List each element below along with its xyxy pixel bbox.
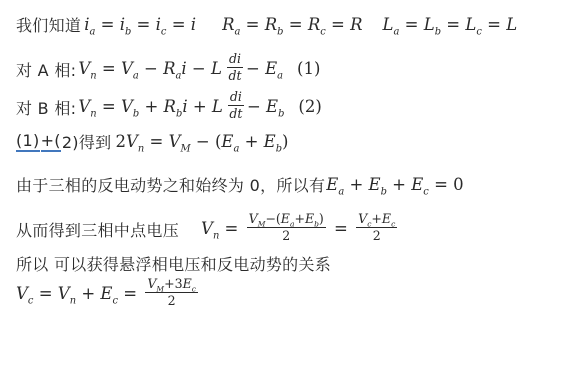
math-variable: t — [237, 106, 242, 121]
fraction-denominator: 2 — [356, 228, 397, 243]
math-variable: L — [465, 15, 476, 34]
math-variable: V — [169, 132, 181, 151]
math-variable: L — [212, 97, 223, 116]
math-operator: − ( — [191, 132, 222, 151]
math-operator: ) — [282, 132, 288, 151]
fraction-denominator: 2 — [247, 228, 326, 243]
math-variable: E — [221, 132, 233, 151]
math-operator: 2 — [115, 132, 126, 151]
math-operator: = — [95, 15, 119, 34]
fraction-denominator: 2 — [145, 293, 198, 308]
math-operator: 2 — [282, 228, 290, 243]
math-variable: V — [121, 97, 133, 116]
math-variable: E — [382, 211, 391, 226]
fraction: VM−(Ea+Eb)2 — [247, 212, 326, 243]
line-neutral-voltage: 从而得到三相中点电压Vn = VM−(Ea+Eb)2 = Vc+Ec2 — [16, 214, 563, 245]
math-operator: − — [247, 97, 266, 116]
math-expression: Vn = Vb + Rbi + Ldidt− Eb(2) — [78, 92, 321, 123]
math-variable: V — [147, 276, 156, 291]
math-operator: + — [139, 97, 163, 116]
math-variable: V — [16, 284, 28, 303]
math-operator: = — [329, 219, 353, 238]
text-run: 由于三相的反电动势之和始终为 0，所以有 — [16, 173, 325, 196]
math-operator: + — [188, 97, 212, 116]
math-subscript: a — [277, 70, 283, 81]
math-subscript: c — [192, 285, 196, 294]
math-subscript: M — [156, 285, 164, 294]
math-operator: ) — [319, 211, 324, 226]
math-expression: ia = ib = ic = i — [84, 15, 196, 34]
line-backemf-sum-zero: 由于三相的反电动势之和始终为 0，所以有Ea + Eb + Ec = 0 — [16, 173, 563, 196]
math-variable: V — [126, 132, 138, 151]
math-variable: L — [211, 59, 222, 78]
fraction-numerator: di — [227, 52, 243, 68]
math-variable: R — [308, 15, 320, 34]
math-variable: V — [121, 59, 133, 78]
math-subscript: M — [258, 220, 266, 229]
text-run: 对 B 相: — [16, 96, 76, 119]
math-expression: Vn = Va − Rai − Ldidt− Ea(1) — [78, 54, 320, 85]
math-variable: i — [191, 15, 196, 34]
math-variable: i — [237, 51, 241, 66]
math-variable: V — [58, 284, 70, 303]
math-variable: L — [383, 15, 394, 34]
text-run: 从而得到三相中点电压 — [16, 218, 179, 241]
math-variable: E — [264, 132, 276, 151]
math-operator: = — [97, 97, 121, 116]
fraction: VM+3Ec2 — [145, 277, 198, 308]
text-run: 我们知道 — [16, 13, 81, 36]
math-operator: (1) — [297, 59, 320, 78]
math-operator: = — [97, 59, 121, 78]
math-variable: L — [424, 15, 435, 34]
math-expression: 2Vn = VM − (Ea + Eb) — [115, 132, 288, 151]
fraction-numerator: VM−(Ea+Eb) — [247, 212, 326, 228]
math-variable: V — [201, 219, 213, 238]
math-operator: 2 — [168, 293, 176, 308]
math-operator: + — [239, 132, 263, 151]
line-floating-phase-equation: Vc = Vn + Ec = VM+3Ec2 — [16, 279, 563, 310]
math-expression: Ea + Eb + Ec = 0 — [326, 175, 463, 194]
math-expression: Vn = VM−(Ea+Eb)2 = Vc+Ec2 — [201, 214, 400, 245]
fraction-numerator: VM+3Ec — [145, 277, 198, 293]
math-variable: d — [228, 68, 236, 83]
fraction: Vc+Ec2 — [356, 212, 397, 243]
math-operator: −( — [265, 211, 280, 226]
math-operator: 2 — [373, 228, 381, 243]
text-run: 2)得到 — [62, 130, 112, 153]
math-operator: = — [326, 15, 350, 34]
math-operator: + — [76, 284, 100, 303]
math-variable: E — [369, 175, 381, 194]
fraction: didt — [227, 52, 243, 83]
math-variable: R — [222, 15, 234, 34]
math-operator: (2) — [298, 97, 321, 116]
text-run: 所以 可以获得悬浮相电压和反电动势的关系 — [16, 252, 331, 275]
math-variable: E — [100, 284, 112, 303]
math-variable: R — [265, 15, 277, 34]
math-variable: d — [230, 89, 238, 104]
math-variable: E — [411, 175, 423, 194]
math-variable: E — [326, 175, 338, 194]
math-operator: = — [240, 15, 264, 34]
math-operator: = — [219, 219, 243, 238]
math-variable: R — [164, 97, 176, 116]
document-page: 我们知道 ia = ib = ic = iRa = Rb = Rc = RLa … — [0, 0, 567, 367]
fraction: didt — [228, 90, 244, 121]
math-operator: − — [139, 59, 163, 78]
math-operator: = 0 — [429, 175, 464, 194]
math-subscript: M — [181, 143, 191, 154]
math-operator: + — [371, 211, 382, 226]
math-operator: − — [246, 59, 265, 78]
math-operator: = — [482, 15, 506, 34]
math-expression: La = Lb = Lc = L — [383, 15, 518, 34]
math-operator: = — [166, 15, 190, 34]
math-operator: = — [33, 284, 57, 303]
math-variable: E — [266, 97, 278, 116]
math-variable: E — [281, 211, 290, 226]
fraction-numerator: Vc+Ec — [356, 212, 397, 228]
math-operator: + — [294, 211, 305, 226]
line-known-equalities: 我们知道 ia = ib = ic = iRa = Rb = Rc = RLa … — [16, 13, 563, 36]
fraction-denominator: dt — [227, 68, 243, 83]
math-operator: +3 — [164, 276, 182, 291]
math-operator: = — [118, 284, 142, 303]
fraction-numerator: di — [228, 90, 244, 106]
underlined-text: +( — [41, 131, 61, 152]
line-phase-a-equation: 对 A 相: Vn = Va − Rai − Ldidt− Ea(1) — [16, 54, 563, 85]
math-operator: = — [441, 15, 465, 34]
math-operator: + — [344, 175, 368, 194]
line-sum-equation: (1)+(2)得到 2Vn = VM − (Ea + Eb) — [16, 130, 563, 153]
math-variable: i — [238, 89, 242, 104]
math-variable: d — [229, 51, 237, 66]
math-variable: L — [506, 15, 517, 34]
math-variable: V — [358, 211, 367, 226]
math-variable: R — [163, 59, 175, 78]
math-variable: V — [78, 59, 90, 78]
line-floating-phase-relation-caption: 所以 可以获得悬浮相电压和反电动势的关系 — [16, 252, 563, 275]
math-operator: = — [131, 15, 155, 34]
math-variable: E — [265, 59, 277, 78]
math-operator: + — [387, 175, 411, 194]
math-variable: R — [350, 15, 362, 34]
math-variable: d — [229, 106, 237, 121]
math-expression: Ra = Rb = Rc = R — [222, 15, 362, 34]
math-operator: − — [187, 59, 211, 78]
text-run: 对 A 相: — [16, 58, 76, 81]
math-variable: t — [237, 68, 242, 83]
math-expression: Vc = Vn + Ec = VM+3Ec2 — [16, 279, 201, 310]
underlined-text: (1) — [16, 131, 40, 152]
math-operator: = — [283, 15, 307, 34]
math-subscript: c — [391, 220, 395, 229]
math-operator: = — [144, 132, 168, 151]
fraction-denominator: dt — [228, 106, 244, 121]
math-operator: = — [399, 15, 423, 34]
math-variable: V — [249, 211, 258, 226]
line-phase-b-equation: 对 B 相: Vn = Vb + Rbi + Ldidt− Eb(2) — [16, 92, 563, 123]
math-variable: V — [78, 97, 90, 116]
math-subscript: b — [278, 108, 284, 119]
